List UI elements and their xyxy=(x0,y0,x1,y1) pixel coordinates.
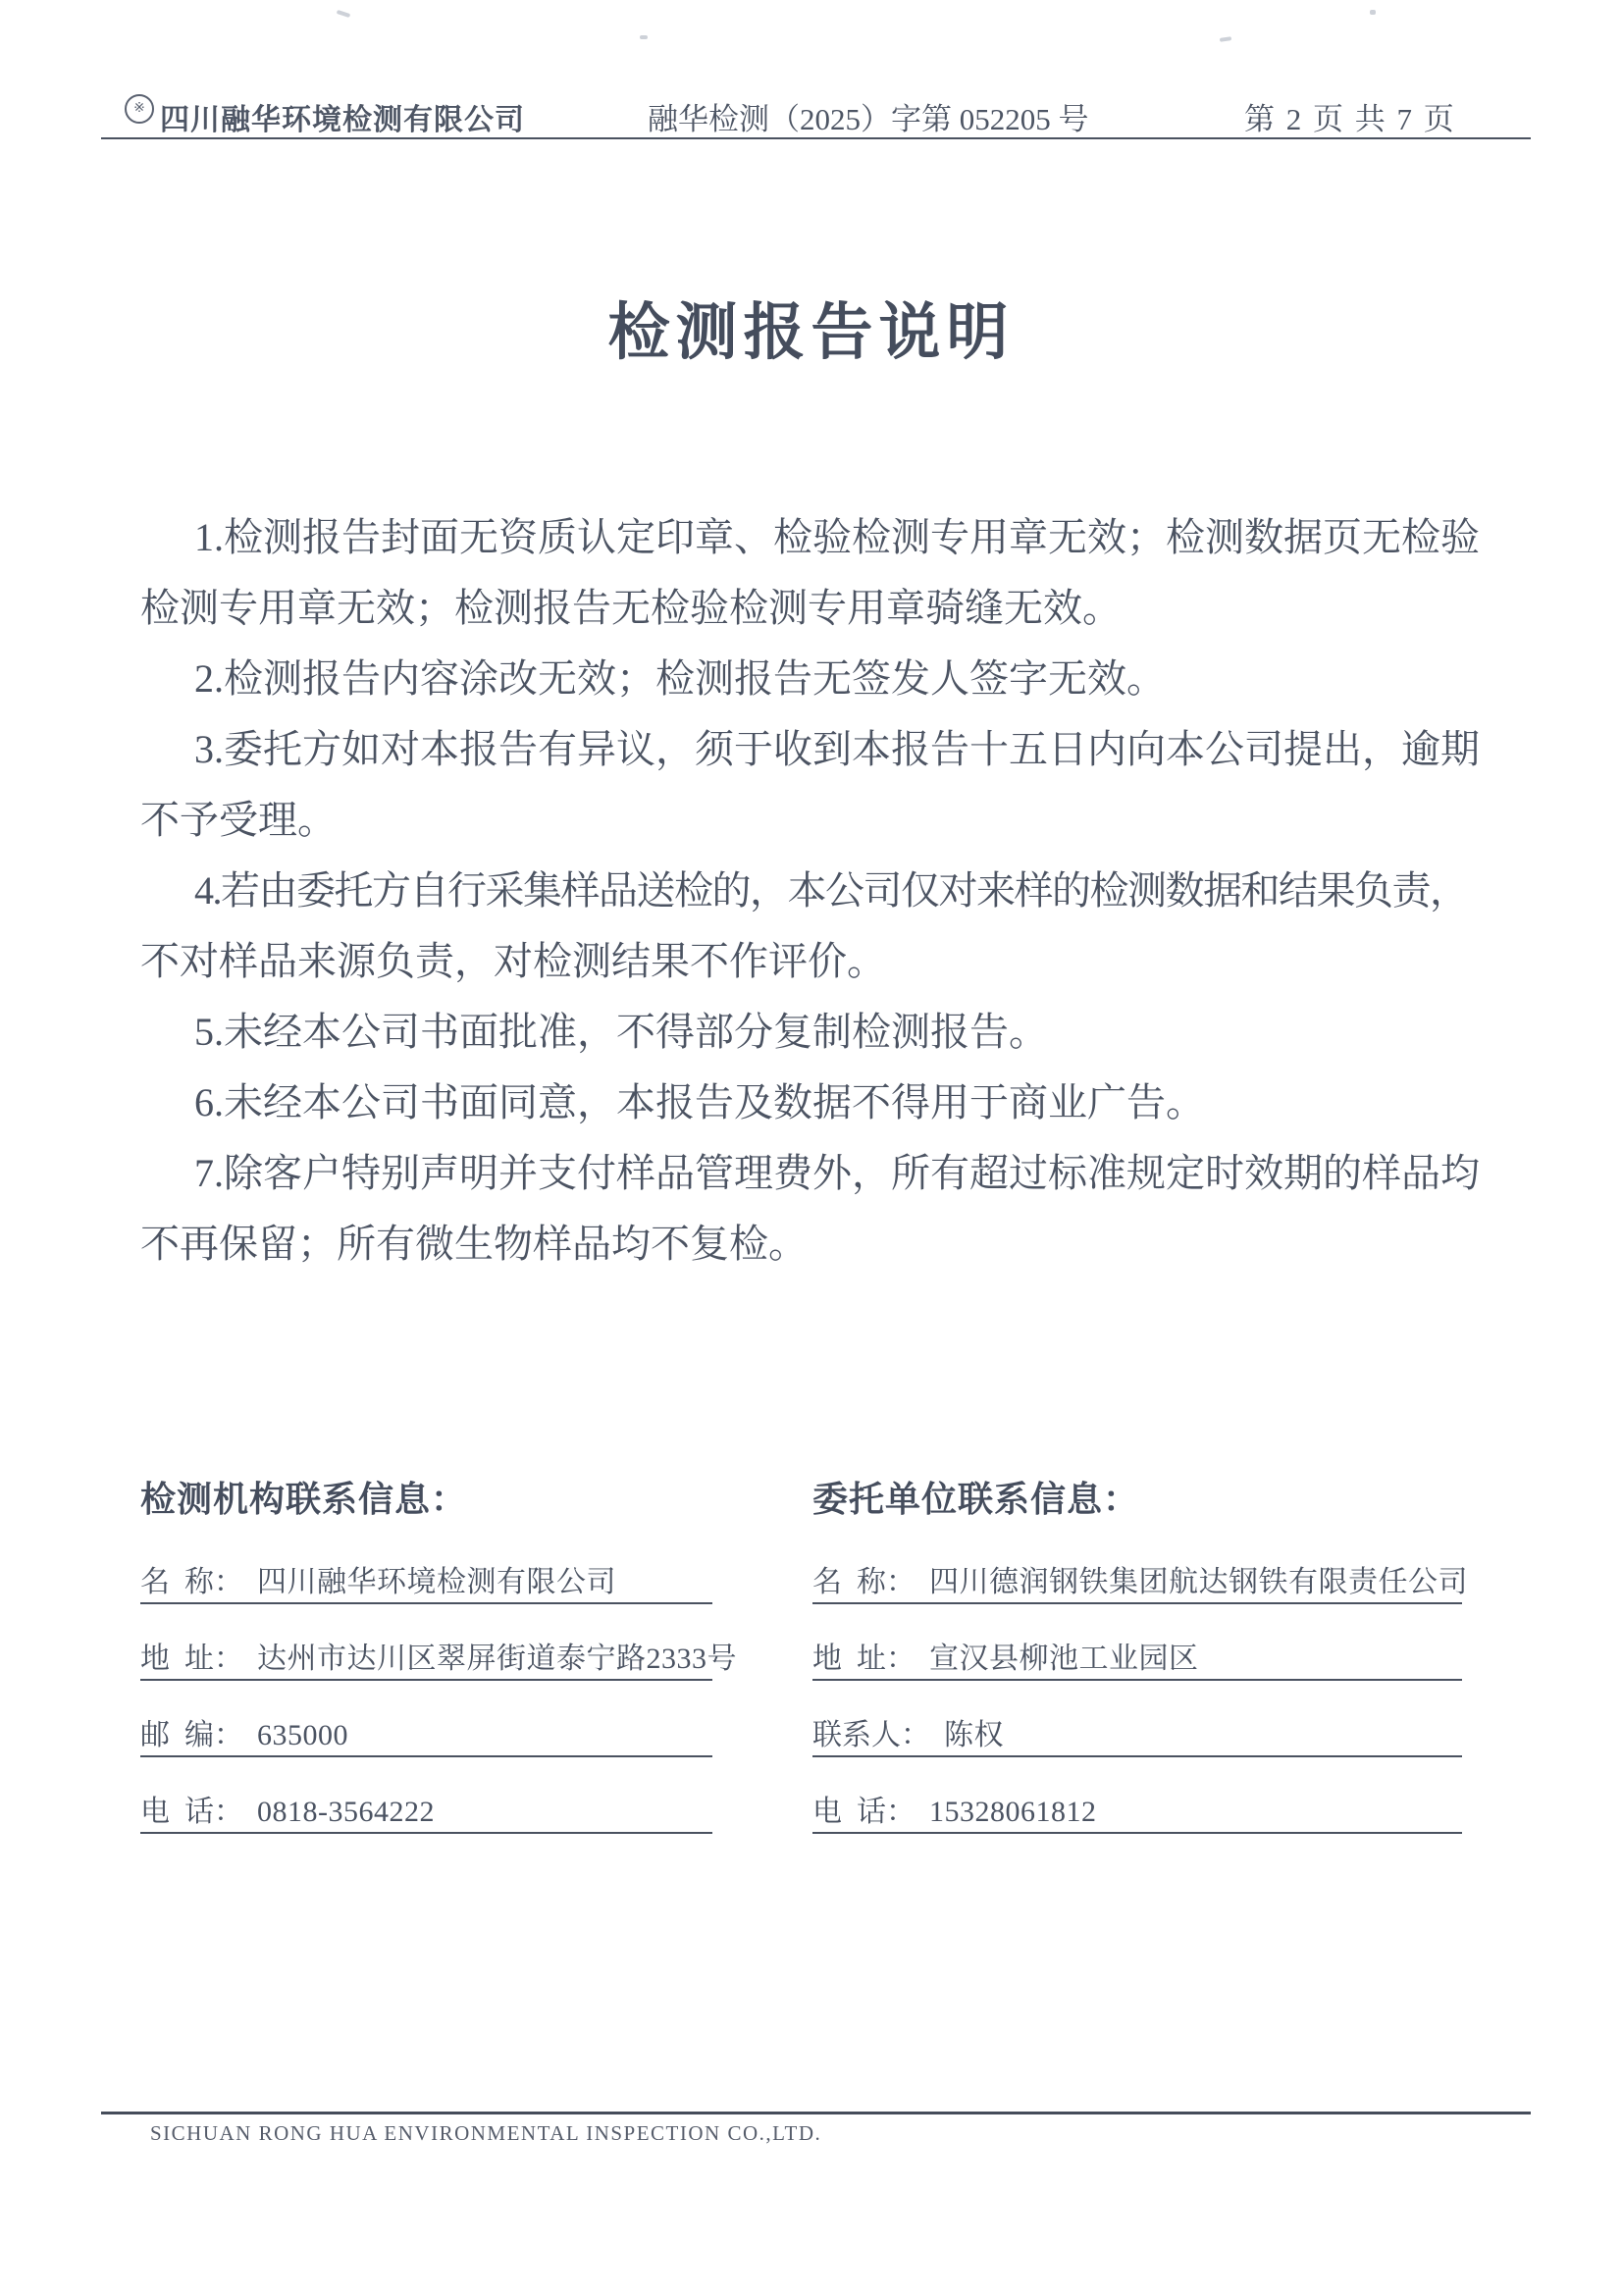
footer-divider xyxy=(101,2112,1531,2114)
client-name-value: 四川德润钢铁集团航达钢铁有限责任公司 xyxy=(929,1565,1468,1600)
header-divider xyxy=(101,137,1531,139)
note-1-line-2: 检测专用章无效；检测报告无检验检测专用章骑缝无效。 xyxy=(140,573,1494,644)
header-page-number: 第 2 页 共 7 页 xyxy=(1244,94,1456,138)
client-address-row: 地 址： 宣汉县柳池工业园区 xyxy=(812,1620,1462,1681)
lab-name-value: 四川融华环境检测有限公司 xyxy=(257,1565,616,1600)
report-notes: 1.检测报告封面无资质认定印章、检验检测专用章无效；检测数据页无检验 检测专用章… xyxy=(140,502,1494,1279)
lab-address-value: 达州市达川区翠屏街道泰宁路2333号 xyxy=(257,1642,737,1677)
lab-contact-heading: 检测机构联系信息： xyxy=(140,1477,712,1522)
client-contact-person-value: 陈权 xyxy=(944,1718,1004,1753)
note-1-line-1: 1.检测报告封面无资质认定印章、检验检测专用章无效；检测数据页无检验 xyxy=(140,502,1494,573)
client-contact-section: 委托单位联系信息： 名 称： 四川德润钢铁集团航达钢铁有限责任公司 地 址： 宣… xyxy=(812,1477,1462,1850)
client-address-label: 地 址： xyxy=(812,1642,916,1677)
page-title: 检测报告说明 xyxy=(0,283,1622,372)
lab-address-row: 地 址： 达州市达川区翠屏街道泰宁路2333号 xyxy=(140,1620,712,1681)
header-company-name: 四川融华环境检测有限公司 xyxy=(160,95,525,138)
note-7-line-2: 不再保留；所有微生物样品均不复检。 xyxy=(140,1209,1494,1279)
scan-artifact xyxy=(640,35,648,39)
note-3-line-2: 不予受理。 xyxy=(140,785,1494,856)
lab-postcode-value: 635000 xyxy=(257,1718,348,1753)
report-page: ※ 四川融华环境检测有限公司 融华检测（2025）字第 052205 号 第 2… xyxy=(0,0,1622,2296)
scan-artifact xyxy=(1220,36,1231,42)
client-name-label: 名 称： xyxy=(812,1565,916,1600)
footer-company-english: SICHUAN RONG HUA ENVIRONMENTAL INSPECTIO… xyxy=(150,2121,821,2146)
lab-phone-row: 电 话： 0818-3564222 xyxy=(140,1773,712,1834)
lab-name-label: 名 称： xyxy=(140,1565,243,1600)
note-3-line-1: 3.委托方如对本报告有异议，须于收到本报告十五日内向本公司提出，逾期 xyxy=(140,714,1494,785)
lab-phone-label: 电 话： xyxy=(140,1795,243,1830)
client-contact-person-label: 联系人： xyxy=(812,1718,930,1753)
client-phone-label: 电 话： xyxy=(812,1795,916,1830)
client-contact-person-row: 联系人： 陈权 xyxy=(812,1696,1462,1757)
lab-postcode-label: 邮 编： xyxy=(140,1718,243,1753)
lab-contact-section: 检测机构联系信息： 名 称： 四川融华环境检测有限公司 地 址： 达州市达川区翠… xyxy=(140,1477,712,1850)
client-address-value: 宣汉县柳池工业园区 xyxy=(929,1642,1199,1677)
scan-artifact xyxy=(1370,10,1376,15)
lab-name-row: 名 称： 四川融华环境检测有限公司 xyxy=(140,1543,712,1604)
note-7-line-1: 7.除客户特别声明并支付样品管理费外，所有超过标准规定时效期的样品均 xyxy=(140,1138,1494,1209)
lab-phone-value: 0818-3564222 xyxy=(257,1795,435,1830)
note-6-line-1: 6.未经本公司书面同意，本报告及数据不得用于商业广告。 xyxy=(140,1068,1494,1138)
header-report-number: 融华检测（2025）字第 052205 号 xyxy=(648,94,1089,138)
note-4-line-2: 不对样品来源负责，对检测结果不作评价。 xyxy=(140,926,1494,997)
lab-postcode-row: 邮 编： 635000 xyxy=(140,1696,712,1757)
company-seal-icon: ※ xyxy=(125,94,154,124)
lab-address-label: 地 址： xyxy=(140,1642,243,1677)
client-phone-value: 15328061812 xyxy=(929,1795,1097,1830)
scan-artifact xyxy=(337,10,351,18)
client-name-row: 名 称： 四川德润钢铁集团航达钢铁有限责任公司 xyxy=(812,1543,1462,1604)
note-2-line-1: 2.检测报告内容涂改无效；检测报告无签发人签字无效。 xyxy=(140,644,1494,714)
client-phone-row: 电 话： 15328061812 xyxy=(812,1773,1462,1834)
seal-glyph: ※ xyxy=(133,102,145,116)
note-4-line-1: 4.若由委托方自行采集样品送检的，本公司仅对来样的检测数据和结果负责， xyxy=(140,856,1494,926)
note-5-line-1: 5.未经本公司书面批准，不得部分复制检测报告。 xyxy=(140,997,1494,1068)
client-contact-heading: 委托单位联系信息： xyxy=(812,1477,1462,1522)
